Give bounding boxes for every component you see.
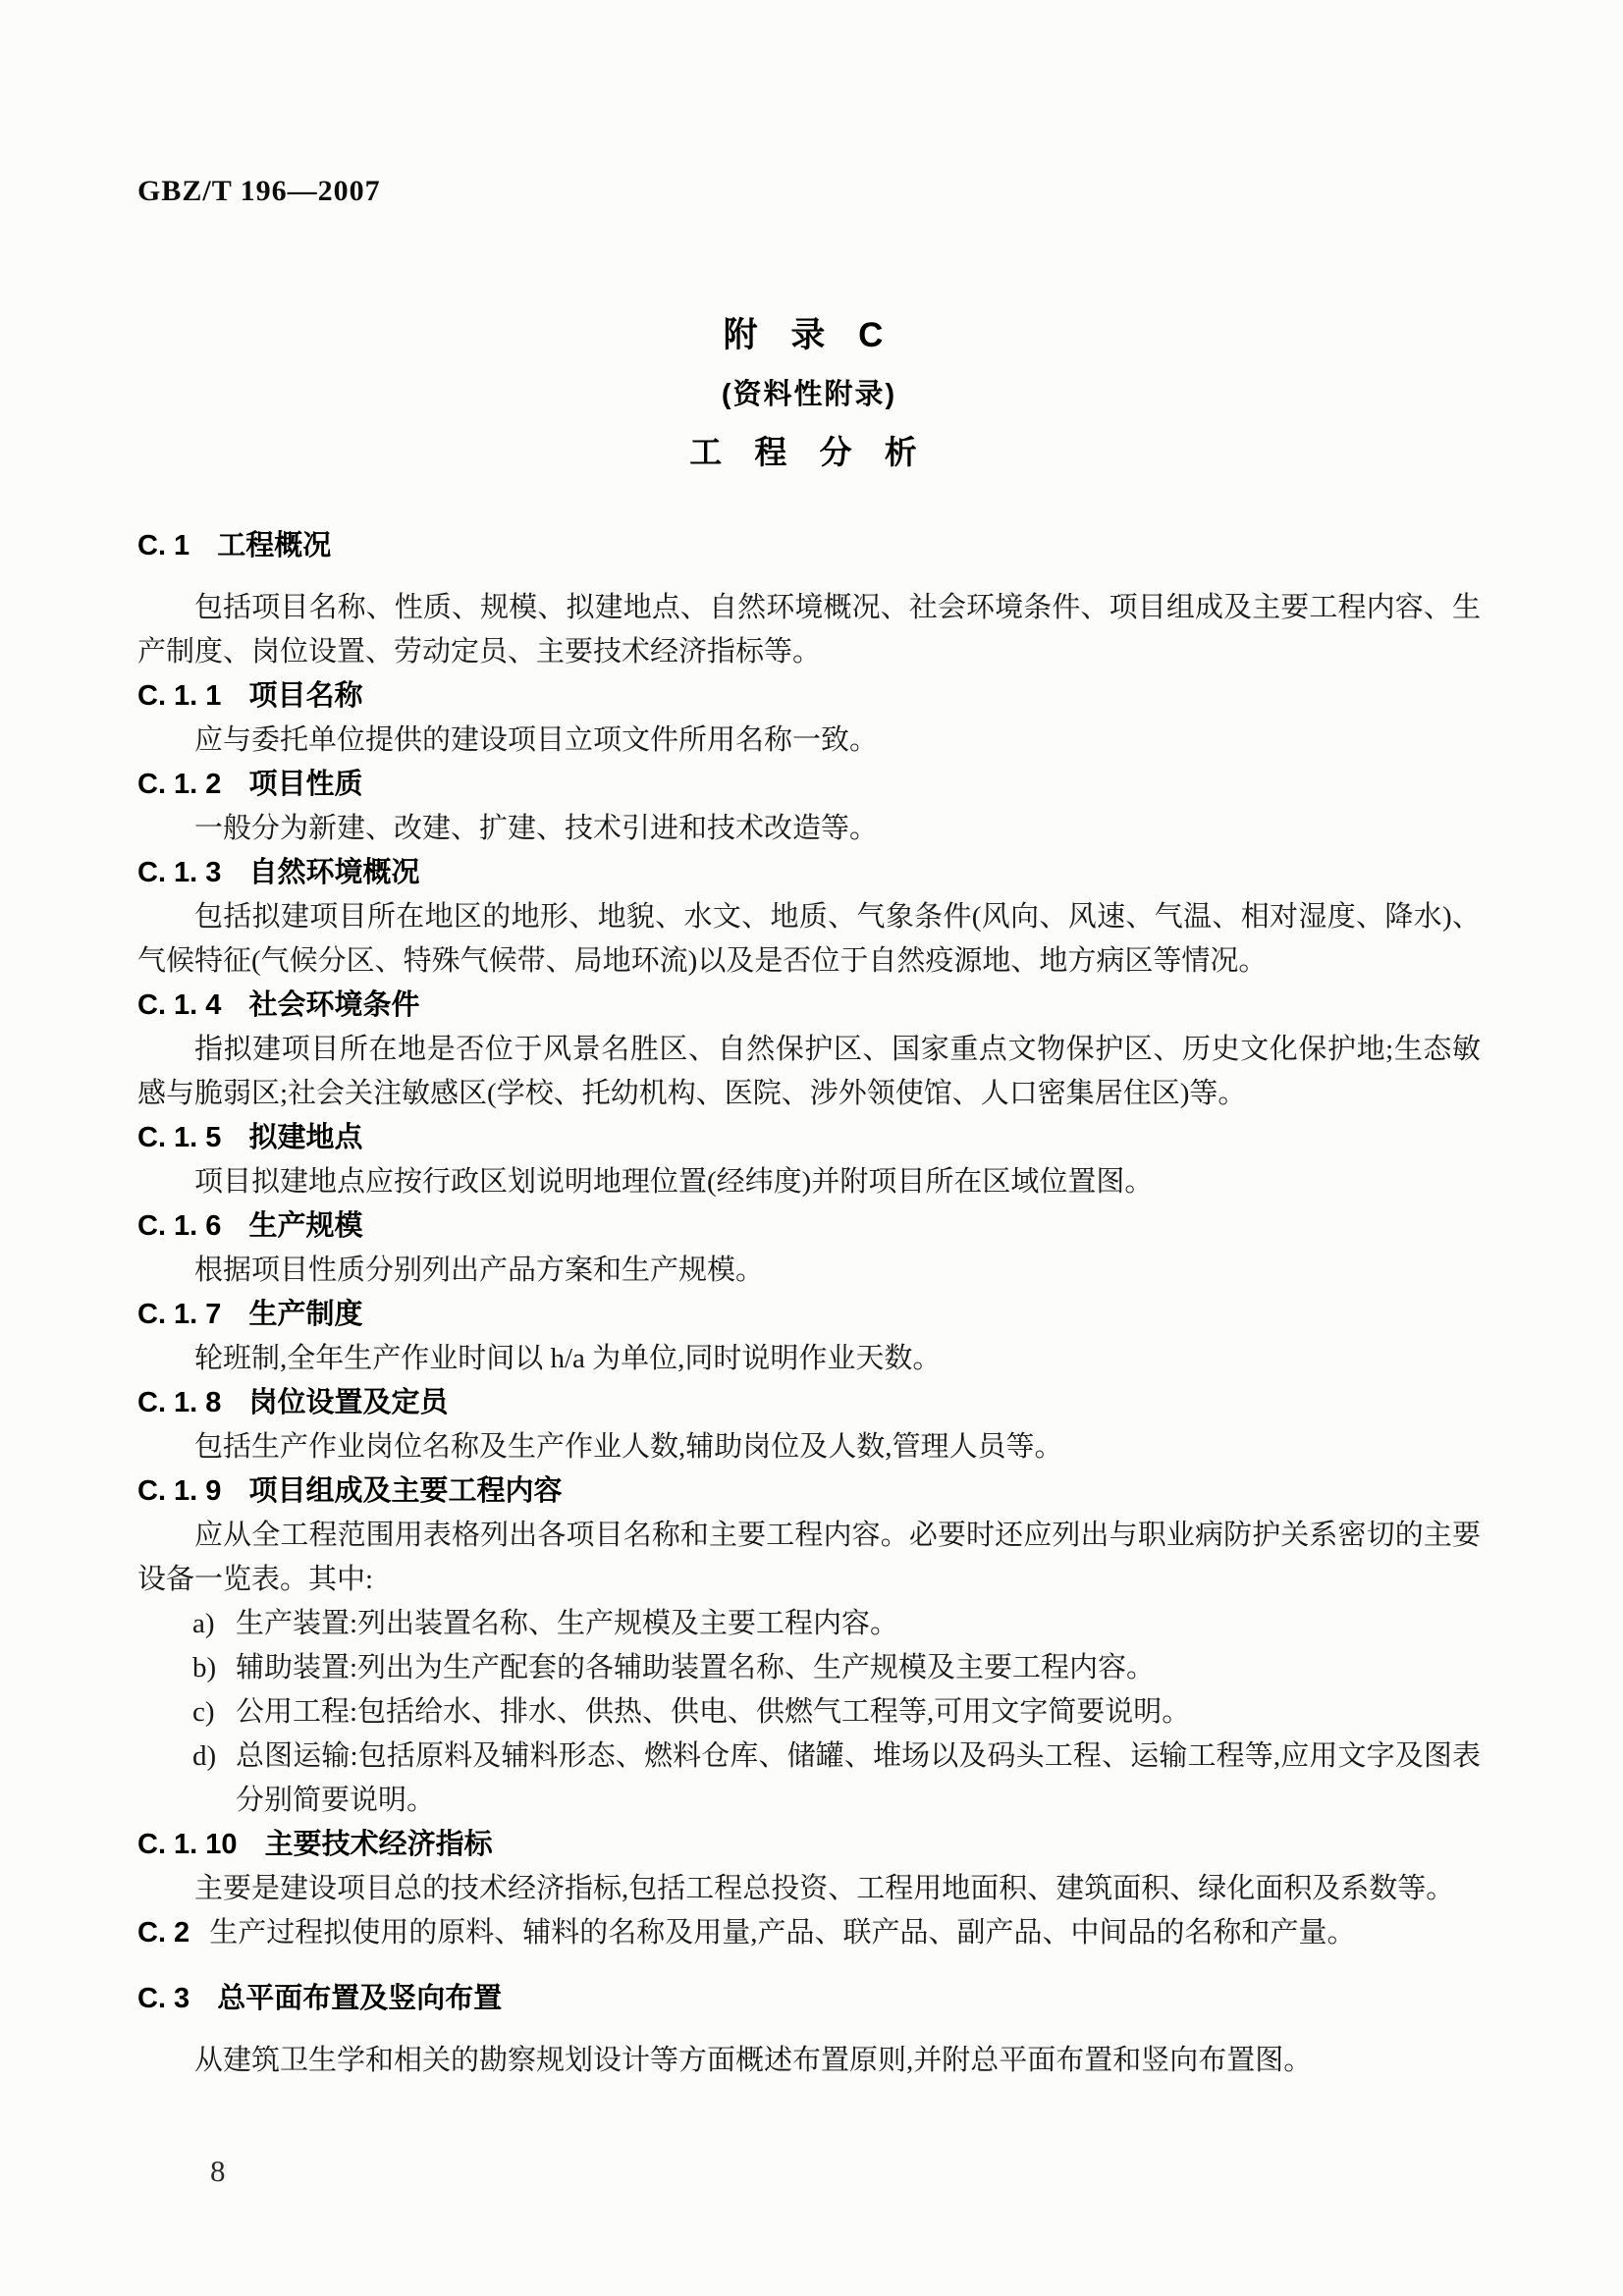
subsection-heading: C. 1. 8岗位设置及定员: [137, 1381, 1481, 1425]
paragraph-text: 包括生产作业岗位名称及生产作业人数,辅助岗位及人数,管理人员等。: [194, 1431, 1063, 1463]
section-title: 自然环境概况: [248, 857, 419, 888]
appendix-title: 附 录 C: [137, 308, 1481, 357]
section-title: 项目名称: [248, 680, 362, 712]
paragraph-text: 主要是建设项目总的技术经济指标,包括工程总投资、工程用地面积、建筑面积、绿化面积…: [194, 1873, 1454, 1904]
document-page: GBZ/T 196—2007 附 录 C (资料性附录) 工 程 分 析 C. …: [0, 0, 1623, 2296]
section-title: 社会环境条件: [248, 989, 419, 1021]
list-marker: a): [192, 1602, 236, 1646]
section-title: 生产过程拟使用的原料、辅料的名称及用量,产品、联产品、副产品、中间品的名称和产量…: [209, 1917, 1355, 1949]
page-number: 8: [210, 2154, 1481, 2189]
section-number: C. 1. 6: [137, 1210, 221, 1242]
section-title: 岗位设置及定员: [248, 1387, 448, 1418]
subsection-heading: C. 1. 4社会环境条件: [137, 984, 1481, 1028]
section-number: C. 2: [137, 1917, 189, 1949]
paragraph-text: 轮班制,全年生产作业时间以 h/a 为单位,同时说明作业天数。: [194, 1343, 941, 1374]
list-marker: d): [192, 1735, 236, 1823]
section-number: C. 1. 2: [137, 769, 221, 800]
section-title: 总平面布置及竖向布置: [217, 1983, 502, 2014]
section-number: C. 1. 3: [137, 857, 221, 888]
paragraph-text: 指拟建项目所在地是否位于风景名胜区、自然保护区、国家重点文物保护区、历史文化保护…: [137, 1034, 1481, 1109]
list-item: b)辅助装置:列出为生产配套的各辅助装置名称、生产规模及主要工程内容。: [192, 1646, 1481, 1690]
section-number: C. 1. 4: [137, 989, 221, 1021]
paragraph-text: 根据项目性质分别列出产品方案和生产规模。: [194, 1255, 764, 1286]
appendix-type-subtitle: (资料性附录): [137, 372, 1481, 412]
list-item: a)生产装置:列出装置名称、生产规模及主要工程内容。: [192, 1602, 1481, 1646]
paragraph: 应与委托单位提供的建设项目立项文件所用名称一致。: [137, 719, 1481, 763]
section-number: C. 1. 1: [137, 680, 221, 712]
subsection-heading: C. 1. 2项目性质: [137, 763, 1481, 807]
section-number: C. 1. 8: [137, 1387, 221, 1418]
section-heading: C. 1工程概况: [137, 524, 1481, 568]
section-title: 项目性质: [248, 769, 362, 800]
section-number: C. 1. 10: [137, 1829, 238, 1860]
list-marker: b): [192, 1646, 236, 1690]
section-title: 生产规模: [248, 1210, 362, 1242]
appendix-subject-title: 工 程 分 析: [137, 427, 1481, 473]
paragraph-text: 从建筑卫生学和相关的勘察规划设计等方面概述布置原则,并附总平面布置和竖向布置图。: [194, 2045, 1312, 2076]
section-number: C. 1. 5: [137, 1122, 221, 1153]
list-text: 生产装置:列出装置名称、生产规模及主要工程内容。: [236, 1602, 1481, 1646]
paragraph: 指拟建项目所在地是否位于风景名胜区、自然保护区、国家重点文物保护区、历史文化保护…: [137, 1028, 1481, 1116]
list-text: 辅助装置:列出为生产配套的各辅助装置名称、生产规模及主要工程内容。: [236, 1646, 1481, 1690]
list-item: c)公用工程:包括给水、排水、供热、供电、供燃气工程等,可用文字简要说明。: [192, 1690, 1481, 1735]
section-number: C. 1. 9: [137, 1475, 221, 1507]
section-number: C. 3: [137, 1983, 189, 2014]
paragraph-text: 项目拟建地点应按行政区划说明地理位置(经纬度)并附项目所在区域位置图。: [194, 1166, 1153, 1198]
list-marker: c): [192, 1690, 236, 1735]
paragraph: 根据项目性质分别列出产品方案和生产规模。: [137, 1249, 1481, 1293]
list-text: 总图运输:包括原料及辅料形态、燃料仓库、储罐、堆场以及码头工程、运输工程等,应用…: [236, 1735, 1481, 1823]
subsection-heading: C. 1. 10主要技术经济指标: [137, 1823, 1481, 1867]
list-item: d)总图运输:包括原料及辅料形态、燃料仓库、储罐、堆场以及码头工程、运输工程等,…: [192, 1735, 1481, 1823]
section-number: C. 1. 7: [137, 1299, 221, 1330]
paragraph: 项目拟建地点应按行政区划说明地理位置(经纬度)并附项目所在区域位置图。: [137, 1160, 1481, 1204]
document-body: C. 1工程概况包括项目名称、性质、规模、拟建地点、自然环境概况、社会环境条件、…: [137, 524, 1481, 2083]
subsection-heading: C. 1. 9项目组成及主要工程内容: [137, 1469, 1481, 1514]
subsection-heading: C. 1. 7生产制度: [137, 1293, 1481, 1337]
paragraph-text: 包括项目名称、性质、规模、拟建地点、自然环境概况、社会环境条件、项目组成及主要工…: [137, 592, 1481, 667]
paragraph: 包括拟建项目所在地区的地形、地貌、水文、地质、气象条件(风向、风速、气温、相对湿…: [137, 895, 1481, 984]
paragraph: 主要是建设项目总的技术经济指标,包括工程总投资、工程用地面积、建筑面积、绿化面积…: [137, 1867, 1481, 1911]
subsection-heading: C. 1. 3自然环境概况: [137, 851, 1481, 895]
paragraph: 应从全工程范围用表格列出各项目名称和主要工程内容。必要时还应列出与职业病防护关系…: [137, 1514, 1481, 1602]
paragraph: 一般分为新建、改建、扩建、技术引进和技术改造等。: [137, 807, 1481, 851]
section-number: C. 1: [137, 530, 189, 561]
paragraph: 包括生产作业岗位名称及生产作业人数,辅助岗位及人数,管理人员等。: [137, 1425, 1481, 1469]
section-paragraph: C. 2生产过程拟使用的原料、辅料的名称及用量,产品、联产品、副产品、中间品的名…: [137, 1911, 1481, 1955]
section-heading: C. 3总平面布置及竖向布置: [137, 1977, 1481, 2021]
paragraph-text: 一般分为新建、改建、扩建、技术引进和技术改造等。: [194, 813, 878, 844]
appendix-title-block: 附 录 C (资料性附录) 工 程 分 析: [137, 308, 1481, 473]
standard-number-header: GBZ/T 196—2007: [137, 175, 1481, 208]
list-text: 公用工程:包括给水、排水、供热、供电、供燃气工程等,可用文字简要说明。: [236, 1690, 1481, 1735]
paragraph: 包括项目名称、性质、规模、拟建地点、自然环境概况、社会环境条件、项目组成及主要工…: [137, 586, 1481, 674]
paragraph: 轮班制,全年生产作业时间以 h/a 为单位,同时说明作业天数。: [137, 1337, 1481, 1381]
section-title: 工程概况: [217, 530, 331, 561]
subsection-heading: C. 1. 6生产规模: [137, 1204, 1481, 1249]
section-title: 拟建地点: [248, 1122, 362, 1153]
paragraph-text: 包括拟建项目所在地区的地形、地貌、水文、地质、气象条件(风向、风速、气温、相对湿…: [137, 901, 1481, 977]
paragraph-text: 应从全工程范围用表格列出各项目名称和主要工程内容。必要时还应列出与职业病防护关系…: [137, 1520, 1481, 1595]
paragraph-text: 应与委托单位提供的建设项目立项文件所用名称一致。: [194, 724, 878, 756]
section-title: 主要技术经济指标: [265, 1829, 493, 1860]
subsection-heading: C. 1. 5拟建地点: [137, 1116, 1481, 1160]
subsection-heading: C. 1. 1项目名称: [137, 674, 1481, 719]
section-title: 项目组成及主要工程内容: [248, 1475, 562, 1507]
paragraph: 从建筑卫生学和相关的勘察规划设计等方面概述布置原则,并附总平面布置和竖向布置图。: [137, 2039, 1481, 2083]
section-title: 生产制度: [248, 1299, 362, 1330]
